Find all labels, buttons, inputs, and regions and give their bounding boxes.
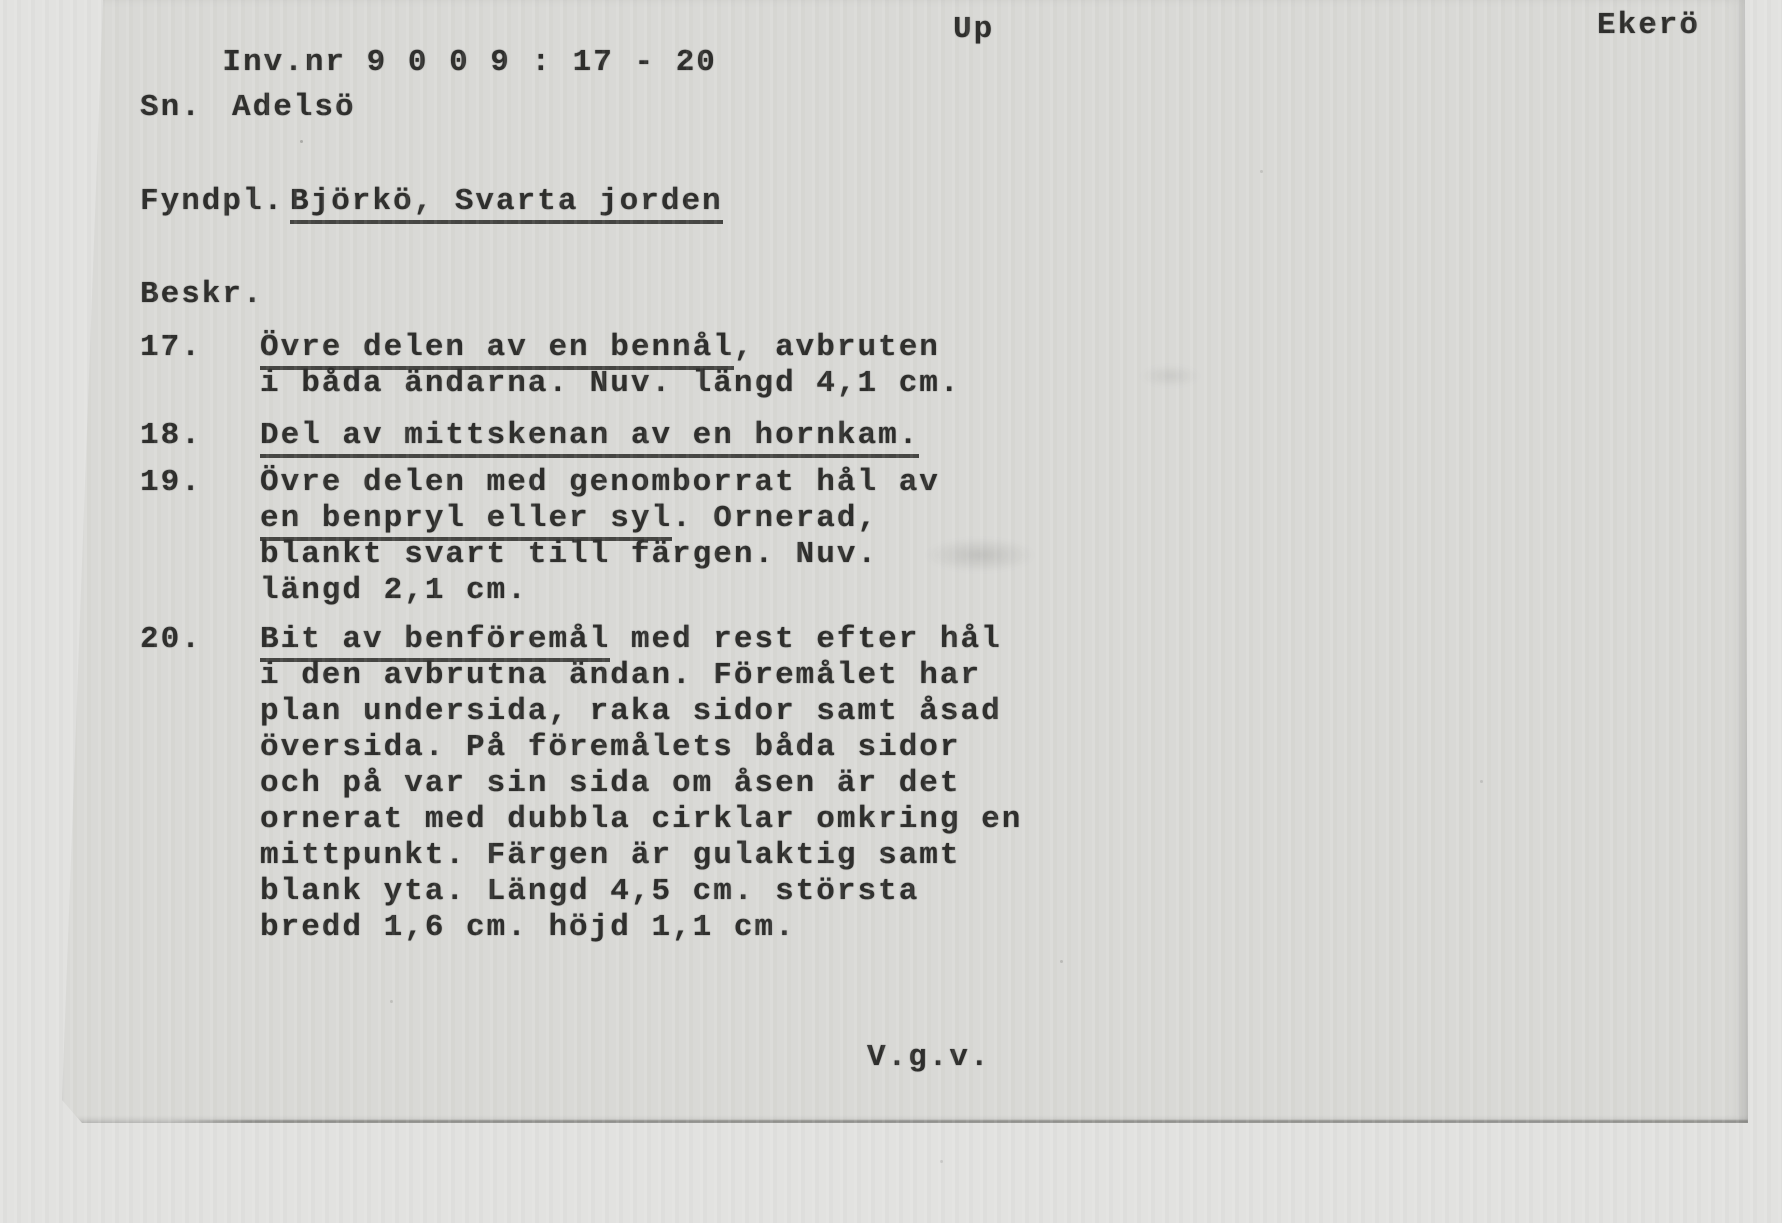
underlined-text: Övre delen av en bennål (260, 330, 734, 370)
item-text-line: i den avbrutna ändan. Föremålet har (260, 658, 1022, 694)
item-text-line: längd 2,1 cm. (260, 573, 940, 609)
item-text-line: bredd 1,6 cm. höjd 1,1 cm. (260, 910, 1022, 946)
plain-text: bredd 1,6 cm. höjd 1,1 cm. (260, 910, 796, 945)
plain-text: mittpunkt. Färgen är gulaktig samt (260, 838, 961, 873)
item-text-line: Övre delen av en bennål, avbruten (260, 330, 961, 366)
plain-text: . Ornerad, (672, 501, 878, 536)
scan-specks (300, 140, 303, 143)
plain-text: längd 2,1 cm. (260, 573, 528, 608)
item-text: Övre delen med genomborrat hål av en ben… (260, 465, 940, 609)
item-text-line: Bit av benföremål med rest efter hål (260, 622, 1022, 658)
item-number: 18. (140, 418, 202, 453)
fyndplats-value: Björkö, Svarta jorden (290, 184, 723, 219)
turn-over-note: V.g.v. (867, 1040, 991, 1075)
item-text: Del av mittskenan av en hornkam. (260, 418, 919, 454)
spacer (346, 45, 367, 80)
inventory-number-value: 9 0 0 9 : 17 - 20 (367, 45, 717, 80)
catalog-item-19: 19. Övre delen med genomborrat hål av en… (140, 465, 940, 609)
fyndplats-underlined-text: Björkö, Svarta jorden (290, 184, 723, 224)
underlined-text: Bit av benföremål (260, 622, 610, 662)
item-text-line: en benpryl eller syl. Ornerad, (260, 501, 940, 537)
item-text-line: ornerat med dubbla cirklar omkring en (260, 802, 1022, 838)
item-text-line: blankt svart till färgen. Nuv. (260, 537, 940, 573)
plain-text: i den avbrutna ändan. Föremålet har (260, 658, 981, 693)
landskap-abbreviation: Up (953, 12, 994, 47)
description-label: Beskr. (140, 277, 264, 312)
scan-smudge (1140, 365, 1200, 387)
plain-text: ornerat med dubbla cirklar omkring en (260, 802, 1022, 837)
plain-text: och på var sin sida om åsen är det (260, 766, 961, 801)
item-number: 19. (140, 465, 202, 500)
kommun-name: Ekerö (1597, 8, 1700, 43)
item-text-line: och på var sin sida om åsen är det (260, 766, 1022, 802)
socken-label: Sn. (140, 90, 202, 125)
item-text: Bit av benföremål med rest efter hål i d… (260, 622, 1022, 946)
item-text-line: Del av mittskenan av en hornkam. (260, 418, 919, 454)
socken-value: Adelsö (232, 90, 356, 125)
catalog-item-20: 20. Bit av benföremål med rest efter hål… (140, 622, 1022, 946)
plain-text: blank yta. Längd 4,5 cm. största (260, 874, 919, 909)
inventory-number-label: Inv.nr (222, 45, 346, 80)
item-text-line: översida. På föremålets båda sidor (260, 730, 1022, 766)
scan-smudge (925, 538, 1035, 572)
plain-text: översida. På föremålets båda sidor (260, 730, 961, 765)
underlined-text: Del av mittskenan av en hornkam. (260, 418, 919, 458)
plain-text: i båda ändarna. Nuv. längd 4,1 cm. (260, 366, 961, 401)
item-text-line: blank yta. Längd 4,5 cm. största (260, 874, 1022, 910)
item-text-line: plan undersida, raka sidor samt åsad (260, 694, 1022, 730)
item-text: Övre delen av en bennål, avbruten i båda… (260, 330, 961, 402)
plain-text: plan undersida, raka sidor samt åsad (260, 694, 1002, 729)
underlined-text: en benpryl eller syl (260, 501, 672, 541)
plain-text: Övre delen med genomborrat hål av (260, 465, 940, 500)
plain-text: med rest efter hål (610, 622, 1001, 657)
plain-text: blankt svart till färgen. Nuv. (260, 537, 878, 572)
card-content: Inv.nr 9 0 0 9 : 17 - 20 Up Ekerö Sn. Ad… (0, 0, 1782, 1223)
item-text-line: i båda ändarna. Nuv. längd 4,1 cm. (260, 366, 961, 402)
catalog-item-17: 17. Övre delen av en bennål, avbruten i … (140, 330, 961, 402)
item-number: 20. (140, 622, 202, 657)
inventory-number-row: Inv.nr 9 0 0 9 : 17 - 20 (140, 10, 717, 115)
fyndplats-label: Fyndpl. (140, 184, 284, 219)
item-text-line: mittpunkt. Färgen är gulaktig samt (260, 838, 1022, 874)
item-number: 17. (140, 330, 202, 365)
item-text-line: Övre delen med genomborrat hål av (260, 465, 940, 501)
catalog-item-18: 18. Del av mittskenan av en hornkam. (140, 418, 919, 454)
plain-text: , avbruten (734, 330, 940, 365)
